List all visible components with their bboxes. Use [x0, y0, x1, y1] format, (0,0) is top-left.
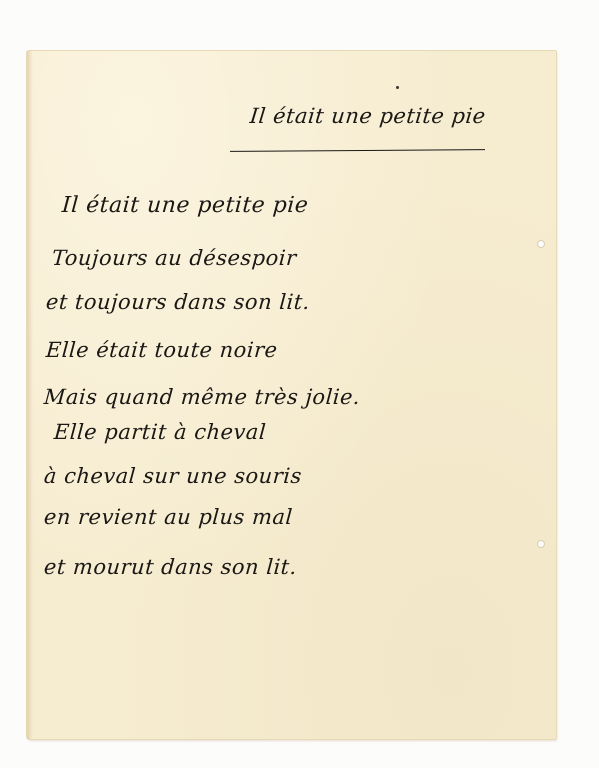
punch-hole-bottom — [537, 540, 545, 548]
poem-line-6: Elle partit à cheval — [53, 420, 267, 444]
poem-line-4: Elle était toute noire — [45, 338, 278, 362]
poem-line-9: et mourut dans son lit. — [43, 555, 298, 579]
punch-hole-top — [537, 240, 545, 248]
scanned-page: Il était une petite pie Il était une pet… — [0, 0, 599, 768]
ink-dot — [396, 86, 399, 89]
poem-line-1: Il était une petite pie — [61, 193, 309, 218]
poem-line-7: à cheval sur une souris — [43, 464, 303, 488]
poem-line-3: et toujours dans son lit. — [45, 290, 311, 314]
poem-title: Il était une petite pie — [249, 104, 487, 128]
poem-line-2: Toujours au désespoir — [51, 246, 297, 270]
poem-line-5: Mais quand même très jolie. — [43, 385, 361, 409]
poem-line-8: en revient au plus mal — [43, 505, 293, 529]
